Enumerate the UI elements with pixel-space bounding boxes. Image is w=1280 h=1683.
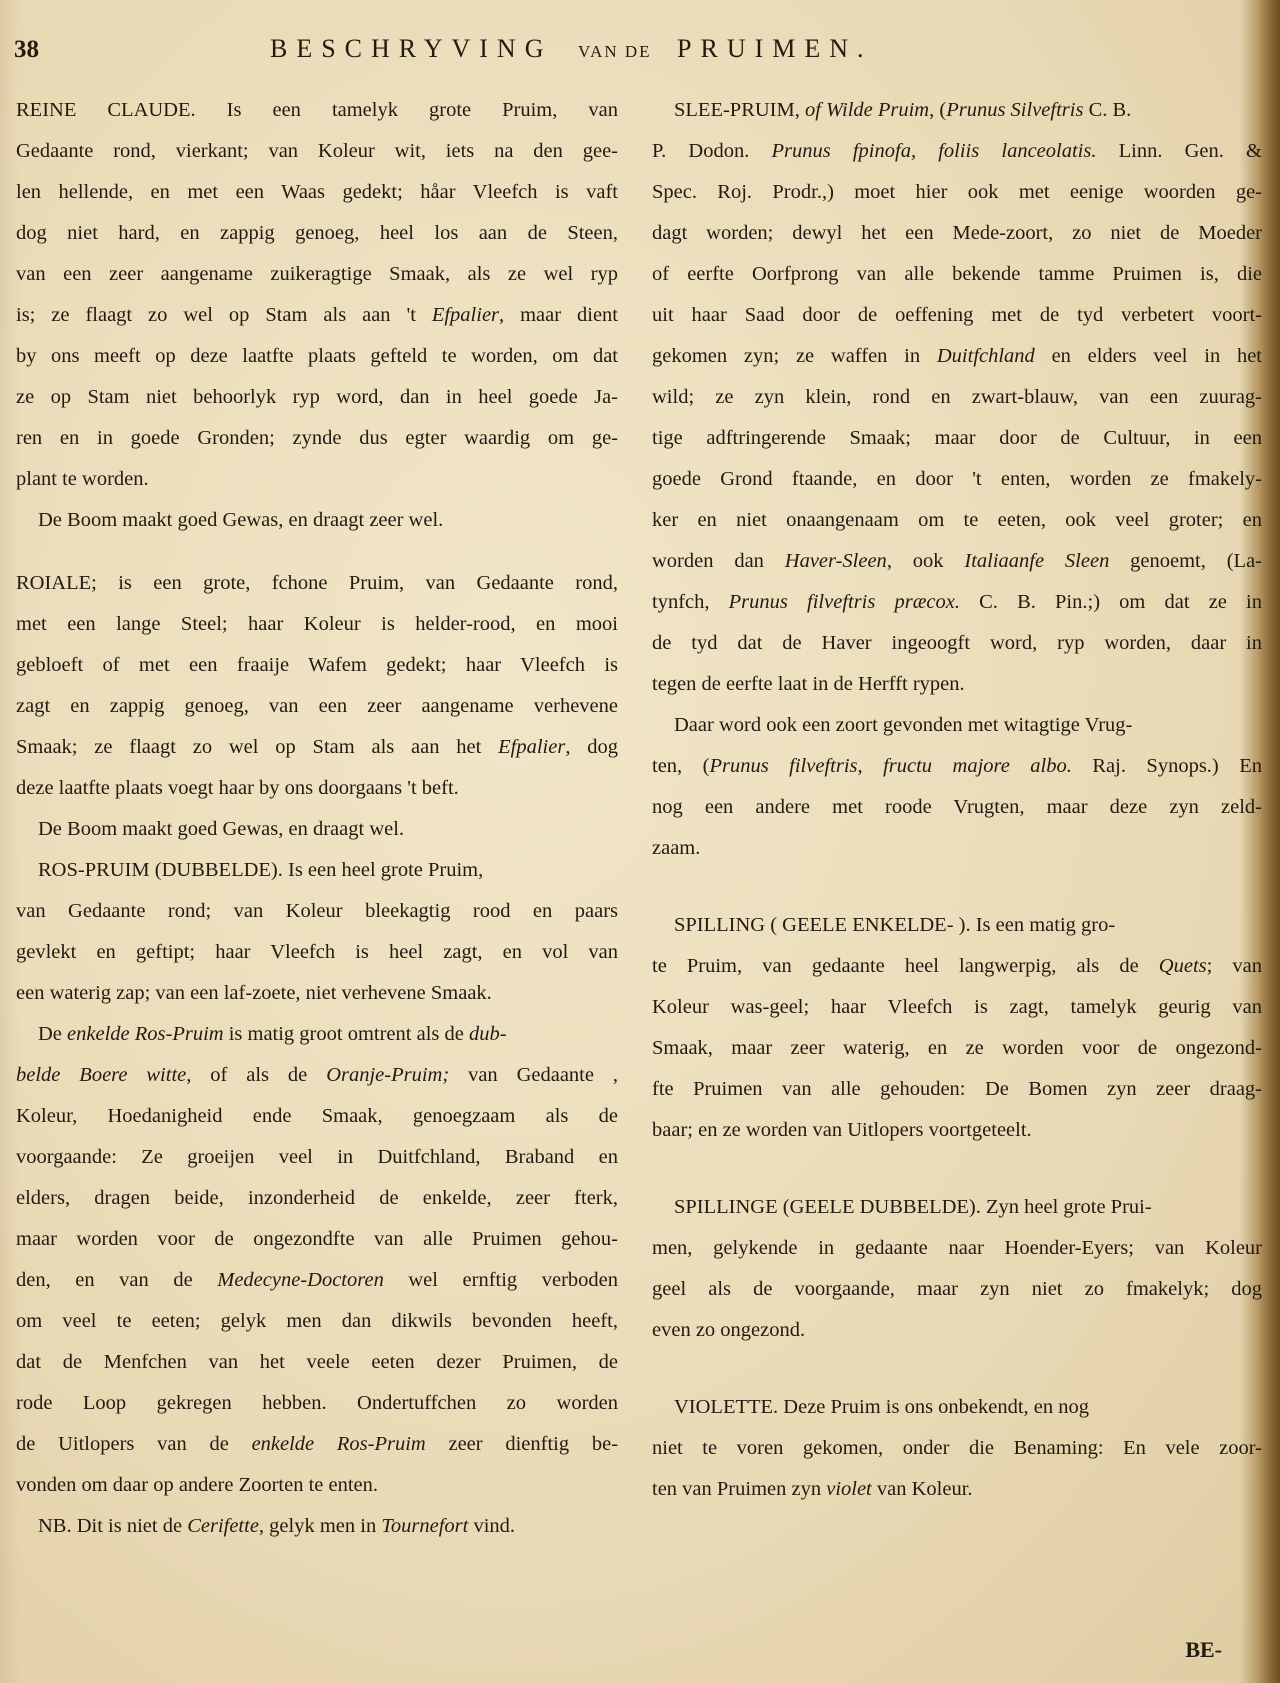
text-segment: worden dan xyxy=(652,550,785,572)
text-segment: nog een andere met roode Vrugten, maar d… xyxy=(652,796,1262,818)
text-segment: een waterig zap; van een laf-zoete, niet… xyxy=(16,982,492,1004)
text-segment: Koleur was-geel; haar Vleefch is zagt, t… xyxy=(652,996,1262,1018)
text-line: voorgaande: Ze groeijen veel in Duitfchl… xyxy=(16,1137,618,1178)
text-line: van een zeer aangename zuikeragtige Smaa… xyxy=(16,254,618,295)
text-line: zagt en zappig genoeg, van een zeer aang… xyxy=(16,686,618,727)
text-segment: Raj. Synops.) En xyxy=(1072,755,1262,777)
text-line: VIOLETTE. Deze Pruim is ons onbekendt, e… xyxy=(652,1387,1262,1428)
text-line: gekomen zyn; ze waffen in Duitfchland en… xyxy=(652,336,1262,377)
text-line: tige adftringerende Smaak; maar door de … xyxy=(652,418,1262,459)
paragraph-spacer xyxy=(16,541,618,563)
paragraph: belde Boere witte, of als de Oranje-Prui… xyxy=(16,1055,618,1506)
text-segment: De Boom maakt goed Gewas, en draagt wel. xyxy=(38,818,404,840)
text-segment: ROS-PRUIM (DUBBELDE). Is een heel grote … xyxy=(38,859,483,881)
paragraph: VIOLETTE. Deze Pruim is ons onbekendt, e… xyxy=(652,1387,1262,1428)
paragraph: SPILLINGE (GEELE DUBBELDE). Zyn heel gro… xyxy=(652,1187,1262,1228)
text-line: belde Boere witte, of als de Oranje-Prui… xyxy=(16,1055,618,1096)
text-segment: ten, ( xyxy=(652,755,709,777)
text-line: van Gedaante rond; van Koleur bleekagtig… xyxy=(16,891,618,932)
text-segment: den, en van de xyxy=(16,1269,217,1291)
text-segment: Koleur, Hoedanigheid ende Smaak, genoegz… xyxy=(16,1105,618,1127)
italic-text: Prunus filveftris præcox. xyxy=(729,591,960,613)
text-line: tynfch, Prunus filveftris præcox. C. B. … xyxy=(652,582,1262,623)
text-segment: , ook xyxy=(887,550,965,572)
text-segment: Smaak, maar zeer waterig, en ze worden v… xyxy=(652,1037,1262,1059)
text-segment: , ( xyxy=(929,99,946,121)
text-segment: REINE CLAUDE. Is een tamelyk grote Pruim… xyxy=(16,99,618,121)
text-line: SPILLINGE (GEELE DUBBELDE). Zyn heel gro… xyxy=(652,1187,1262,1228)
italic-text: violet xyxy=(826,1478,872,1500)
text-line: zaam. xyxy=(652,828,1262,869)
text-segment: , of als de xyxy=(186,1064,326,1086)
italic-text: enkelde Ros-Pruim xyxy=(67,1023,224,1045)
text-segment: ; van xyxy=(1207,955,1262,977)
text-segment: deze laatfte plaats voegt haar by ons do… xyxy=(16,777,459,799)
paragraph: P. Dodon. Prunus fpinofa, foliis lanceol… xyxy=(652,131,1262,705)
italic-text: belde Boere witte xyxy=(16,1064,186,1086)
text-line: worden dan Haver-Sleen, ook Italiaanfe S… xyxy=(652,541,1262,582)
text-segment: zaam. xyxy=(652,837,700,859)
text-line: ROIALE; is een grote, fchone Pruim, van … xyxy=(16,563,618,604)
text-segment: SPILLING ( GEELE ENKELDE- ). Is een mati… xyxy=(674,914,1115,936)
text-line: fte Pruimen van alle gehouden: De Bomen … xyxy=(652,1069,1262,1110)
text-segment: VIOLETTE. Deze Pruim is ons onbekendt, e… xyxy=(674,1396,1089,1418)
italic-text: Quets xyxy=(1159,955,1207,977)
text-segment: genoemt, (La- xyxy=(1109,550,1262,572)
paragraph: De enkelde Ros-Pruim is matig groot omtr… xyxy=(16,1014,618,1055)
italic-text: Prunus fpinofa, foliis lanceolatis. xyxy=(771,140,1096,162)
catchword: BE- xyxy=(1185,1637,1222,1663)
left-column: REINE CLAUDE. Is een tamelyk grote Pruim… xyxy=(16,90,618,1547)
text-segment: dagt worden; dewyl het een Mede-zoort, z… xyxy=(652,222,1262,244)
text-line: niet te voren gekomen, onder die Benamin… xyxy=(652,1428,1262,1469)
italic-text: Efpalier xyxy=(498,736,565,758)
italic-text: Cerifette xyxy=(187,1515,259,1537)
text-line: een waterig zap; van een laf-zoete, niet… xyxy=(16,973,618,1014)
paragraph: ten, (Prunus filveftris, fructu majore a… xyxy=(652,746,1262,869)
text-line: elders, dragen beide, inzonderheid de en… xyxy=(16,1178,618,1219)
text-segment: tynfch, xyxy=(652,591,729,613)
paragraph: NB. Dit is niet de Cerifette, gelyk men … xyxy=(16,1506,618,1547)
text-segment: vind. xyxy=(468,1515,515,1537)
text-segment: om veel te eeten; gelyk men dan dikwils … xyxy=(16,1310,618,1332)
text-segment: goede Grond ftaande, en door 't enten, w… xyxy=(652,468,1262,490)
paragraph: REINE CLAUDE. Is een tamelyk grote Pruim… xyxy=(16,90,618,500)
text-segment: te Pruim, van gedaante heel langwerpig, … xyxy=(652,955,1159,977)
text-segment: De xyxy=(38,1023,67,1045)
text-segment: dat de Menfchen van het veele eeten deze… xyxy=(16,1351,618,1373)
text-line: is; ze flaagt zo wel op Stam als aan 't … xyxy=(16,295,618,336)
italic-text: Italiaanfe Sleen xyxy=(964,550,1109,572)
text-line: len hellende, en met een Waas gedekt; hå… xyxy=(16,172,618,213)
text-line: Koleur, Hoedanigheid ende Smaak, genoegz… xyxy=(16,1096,618,1137)
paragraph: niet te voren gekomen, onder die Benamin… xyxy=(652,1428,1262,1510)
text-line: te Pruim, van gedaante heel langwerpig, … xyxy=(652,946,1262,987)
text-segment: is; ze flaagt zo wel op Stam als aan 't xyxy=(16,304,432,326)
text-line: NB. Dit is niet de Cerifette, gelyk men … xyxy=(16,1506,618,1547)
text-segment: elders, dragen beide, inzonderheid de en… xyxy=(16,1187,618,1209)
text-segment: SPILLINGE (GEELE DUBBELDE). Zyn heel gro… xyxy=(674,1196,1152,1218)
text-segment: rode Loop gekregen hebben. Ondertuffchen… xyxy=(16,1392,618,1414)
text-line: ze op Stam niet behoorlyk ryp word, dan … xyxy=(16,377,618,418)
text-segment: Daar word ook een zoort gevonden met wit… xyxy=(674,714,1132,736)
text-line: goede Grond ftaande, en door 't enten, w… xyxy=(652,459,1262,500)
text-line: wild; ze zyn klein, rond en zwart-blauw,… xyxy=(652,377,1262,418)
text-segment: Smaak; ze flaagt zo wel op Stam als aan … xyxy=(16,736,498,758)
text-line: ren en in goede Gronden; zynde dus egter… xyxy=(16,418,618,459)
text-line: Gedaante rond, vierkant; van Koleur wit,… xyxy=(16,131,618,172)
text-line: ker en niet onaangenaam om te eeten, ook… xyxy=(652,500,1262,541)
text-segment: zagt en zappig genoeg, van een zeer aang… xyxy=(16,695,618,717)
text-segment: len hellende, en met een Waas gedekt; hå… xyxy=(16,181,618,203)
text-segment: ROIALE; is een grote, fchone Pruim, van … xyxy=(16,572,618,594)
paragraph-spacer xyxy=(652,1351,1262,1387)
running-title: BESCHRYVING VAN DE PRUIMEN. xyxy=(270,34,873,64)
text-line: ROS-PRUIM (DUBBELDE). Is een heel grote … xyxy=(16,850,618,891)
italic-text: enkelde Ros-Pruim xyxy=(252,1433,426,1455)
paragraph: SLEE-PRUIM, of Wilde Pruim, (Prunus Silv… xyxy=(652,90,1262,131)
paragraph: ROIALE; is een grote, fchone Pruim, van … xyxy=(16,563,618,809)
text-segment: zeer dienftig be- xyxy=(426,1433,618,1455)
paragraph: SPILLING ( GEELE ENKELDE- ). Is een mati… xyxy=(652,905,1262,946)
text-line: gevlekt en geftipt; haar Vleefch is heel… xyxy=(16,932,618,973)
text-segment: Gedaante rond, vierkant; van Koleur wit,… xyxy=(16,140,618,162)
paragraph-spacer xyxy=(652,869,1262,905)
text-segment: de Uitlopers van de xyxy=(16,1433,252,1455)
paragraph: ROS-PRUIM (DUBBELDE). Is een heel grote … xyxy=(16,850,618,891)
text-line: even zo ongezond. xyxy=(652,1310,1262,1351)
text-segment: gevlekt en geftipt; haar Vleefch is heel… xyxy=(16,941,618,963)
text-segment: , maar dient xyxy=(499,304,618,326)
text-segment: met een lange Steel; haar Koleur is held… xyxy=(16,613,618,635)
running-title-part-3: PRUIMEN. xyxy=(677,34,873,63)
text-line: vonden om daar op andere Zoorten te ente… xyxy=(16,1465,618,1506)
paragraph: te Pruim, van gedaante heel langwerpig, … xyxy=(652,946,1262,1151)
text-segment: C. B. Pin.;) om dat ze in xyxy=(960,591,1262,613)
paragraph: De Boom maakt goed Gewas, en draagt zeer… xyxy=(16,500,618,541)
text-segment: , gelyk men in xyxy=(259,1515,381,1537)
text-line: nog een andere met roode Vrugten, maar d… xyxy=(652,787,1262,828)
text-segment: NB. Dit is niet de xyxy=(38,1515,187,1537)
text-segment: Linn. Gen. & xyxy=(1096,140,1262,162)
text-line: De enkelde Ros-Pruim is matig groot omtr… xyxy=(16,1014,618,1055)
text-segment: even zo ongezond. xyxy=(652,1319,805,1341)
paragraph: Daar word ook een zoort gevonden met wit… xyxy=(652,705,1262,746)
text-segment: gebloeft of met een fraaije Wafem gedekt… xyxy=(16,654,618,676)
text-segment: van Gedaante , xyxy=(449,1064,618,1086)
text-line: Daar word ook een zoort gevonden met wit… xyxy=(652,705,1262,746)
text-segment: tegen de eerfte laat in de Herfft rypen. xyxy=(652,673,965,695)
italic-text: of Wilde Pruim xyxy=(805,99,929,121)
text-line: P. Dodon. Prunus fpinofa, foliis lanceol… xyxy=(652,131,1262,172)
text-segment: C. B. xyxy=(1083,99,1131,121)
text-segment: wild; ze zyn klein, rond en zwart-blauw,… xyxy=(652,386,1262,408)
italic-text: Haver-Sleen xyxy=(785,550,887,572)
text-line: Spec. Roj. Prodr.,) moet hier ook met ee… xyxy=(652,172,1262,213)
italic-text: Duitfchland xyxy=(937,345,1035,367)
text-segment: en elders veel in het xyxy=(1035,345,1262,367)
text-segment: men, gelykende in gedaante naar Hoender-… xyxy=(652,1237,1262,1259)
text-line: maar worden voor de ongezondfte van alle… xyxy=(16,1219,618,1260)
right-column: SLEE-PRUIM, of Wilde Pruim, (Prunus Silv… xyxy=(652,90,1262,1510)
text-segment: fte Pruimen van alle gehouden: De Bomen … xyxy=(652,1078,1262,1100)
text-segment: geel als de voorgaande, maar zyn niet zo… xyxy=(652,1278,1262,1300)
book-page: 38 BESCHRYVING VAN DE PRUIMEN. REINE CLA… xyxy=(0,0,1280,1683)
text-segment: de tyd dat de Haver ingeoogft word, ryp … xyxy=(652,632,1262,654)
text-line: baar; en ze worden van Uitlopers voortge… xyxy=(652,1110,1262,1151)
running-title-part-2: VAN DE xyxy=(578,42,652,61)
text-line: ten, (Prunus filveftris, fructu majore a… xyxy=(652,746,1262,787)
text-line: dagt worden; dewyl het een Mede-zoort, z… xyxy=(652,213,1262,254)
text-segment: , dog xyxy=(565,736,618,758)
text-line: om veel te eeten; gelyk men dan dikwils … xyxy=(16,1301,618,1342)
text-segment: P. Dodon. xyxy=(652,140,771,162)
italic-text: Efpalier xyxy=(432,304,499,326)
paragraph: van Gedaante rond; van Koleur bleekagtig… xyxy=(16,891,618,1014)
page-number: 38 xyxy=(14,36,39,64)
text-line: ten van Pruimen zyn violet van Koleur. xyxy=(652,1469,1262,1510)
text-segment: by ons meeft op deze laatfte plaats geft… xyxy=(16,345,618,367)
text-segment: dog niet hard, en zappig genoeg, heel lo… xyxy=(16,222,618,244)
italic-text: Tournefort xyxy=(381,1515,468,1537)
text-segment: vonden om daar op andere Zoorten te ente… xyxy=(16,1474,378,1496)
text-line: dog niet hard, en zappig genoeg, heel lo… xyxy=(16,213,618,254)
text-line: rode Loop gekregen hebben. Ondertuffchen… xyxy=(16,1383,618,1424)
text-line: De Boom maakt goed Gewas, en draagt wel. xyxy=(16,809,618,850)
page-header: 38 BESCHRYVING VAN DE PRUIMEN. xyxy=(0,34,1280,74)
text-line: De Boom maakt goed Gewas, en draagt zeer… xyxy=(16,500,618,541)
italic-text: Oranje-Pruim; xyxy=(326,1064,449,1086)
italic-text: Prunus filveftris, fructu majore albo. xyxy=(709,755,1071,777)
text-segment: baar; en ze worden van Uitlopers voortge… xyxy=(652,1119,1032,1141)
text-line: SLEE-PRUIM, of Wilde Pruim, (Prunus Silv… xyxy=(652,90,1262,131)
text-segment: tige adftringerende Smaak; maar door de … xyxy=(652,427,1262,449)
text-segment: van Gedaante rond; van Koleur bleekagtig… xyxy=(16,900,618,922)
text-segment: gekomen zyn; ze waffen in xyxy=(652,345,937,367)
text-line: tegen de eerfte laat in de Herfft rypen. xyxy=(652,664,1262,705)
text-segment: ren en in goede Gronden; zynde dus egter… xyxy=(16,427,618,449)
text-segment: van Koleur. xyxy=(872,1478,973,1500)
text-segment: ten van Pruimen zyn xyxy=(652,1478,826,1500)
running-title-part-1: BESCHRYVING xyxy=(270,34,552,63)
text-segment: SLEE-PRUIM, xyxy=(674,99,805,121)
italic-text: dub- xyxy=(469,1023,507,1045)
text-segment: van een zeer aangename zuikeragtige Smaa… xyxy=(16,263,618,285)
text-line: Smaak, maar zeer waterig, en ze worden v… xyxy=(652,1028,1262,1069)
text-segment: plant te worden. xyxy=(16,468,149,490)
text-segment: De Boom maakt goed Gewas, en draagt zeer… xyxy=(38,509,443,531)
text-segment: is matig groot omtrent als de xyxy=(224,1023,469,1045)
text-line: uit haar Saad door de oeffening met de t… xyxy=(652,295,1262,336)
text-line: SPILLING ( GEELE ENKELDE- ). Is een mati… xyxy=(652,905,1262,946)
text-line: plant te worden. xyxy=(16,459,618,500)
text-segment: Spec. Roj. Prodr.,) moet hier ook met ee… xyxy=(652,181,1262,203)
text-line: de Uitlopers van de enkelde Ros-Pruim ze… xyxy=(16,1424,618,1465)
text-line: deze laatfte plaats voegt haar by ons do… xyxy=(16,768,618,809)
paragraph: De Boom maakt goed Gewas, en draagt wel. xyxy=(16,809,618,850)
text-line: Koleur was-geel; haar Vleefch is zagt, t… xyxy=(652,987,1262,1028)
text-line: men, gelykende in gedaante naar Hoender-… xyxy=(652,1228,1262,1269)
paragraph: men, gelykende in gedaante naar Hoender-… xyxy=(652,1228,1262,1351)
text-segment: uit haar Saad door de oeffening met de t… xyxy=(652,304,1262,326)
text-segment: of eerfte Oorfprong van alle bekende tam… xyxy=(652,263,1262,285)
text-segment: niet te voren gekomen, onder die Benamin… xyxy=(652,1437,1262,1459)
text-line: de tyd dat de Haver ingeoogft word, ryp … xyxy=(652,623,1262,664)
text-segment: voorgaande: Ze groeijen veel in Duitfchl… xyxy=(16,1146,618,1168)
text-line: met een lange Steel; haar Koleur is held… xyxy=(16,604,618,645)
text-line: gebloeft of met een fraaije Wafem gedekt… xyxy=(16,645,618,686)
text-line: Smaak; ze flaagt zo wel op Stam als aan … xyxy=(16,727,618,768)
text-segment: wel ernftig verboden xyxy=(384,1269,618,1291)
text-segment: maar worden voor de ongezondfte van alle… xyxy=(16,1228,618,1250)
text-segment: ker en niet onaangenaam om te eeten, ook… xyxy=(652,509,1262,531)
text-line: of eerfte Oorfprong van alle bekende tam… xyxy=(652,254,1262,295)
text-line: dat de Menfchen van het veele eeten deze… xyxy=(16,1342,618,1383)
text-line: by ons meeft op deze laatfte plaats geft… xyxy=(16,336,618,377)
text-segment: ze op Stam niet behoorlyk ryp word, dan … xyxy=(16,386,618,408)
text-line: REINE CLAUDE. Is een tamelyk grote Pruim… xyxy=(16,90,618,131)
text-line: den, en van de Medecyne-Doctoren wel ern… xyxy=(16,1260,618,1301)
italic-text: Prunus Silveftris xyxy=(946,99,1083,121)
text-line: geel als de voorgaande, maar zyn niet zo… xyxy=(652,1269,1262,1310)
paragraph-spacer xyxy=(652,1151,1262,1187)
italic-text: Medecyne-Doctoren xyxy=(217,1269,384,1291)
